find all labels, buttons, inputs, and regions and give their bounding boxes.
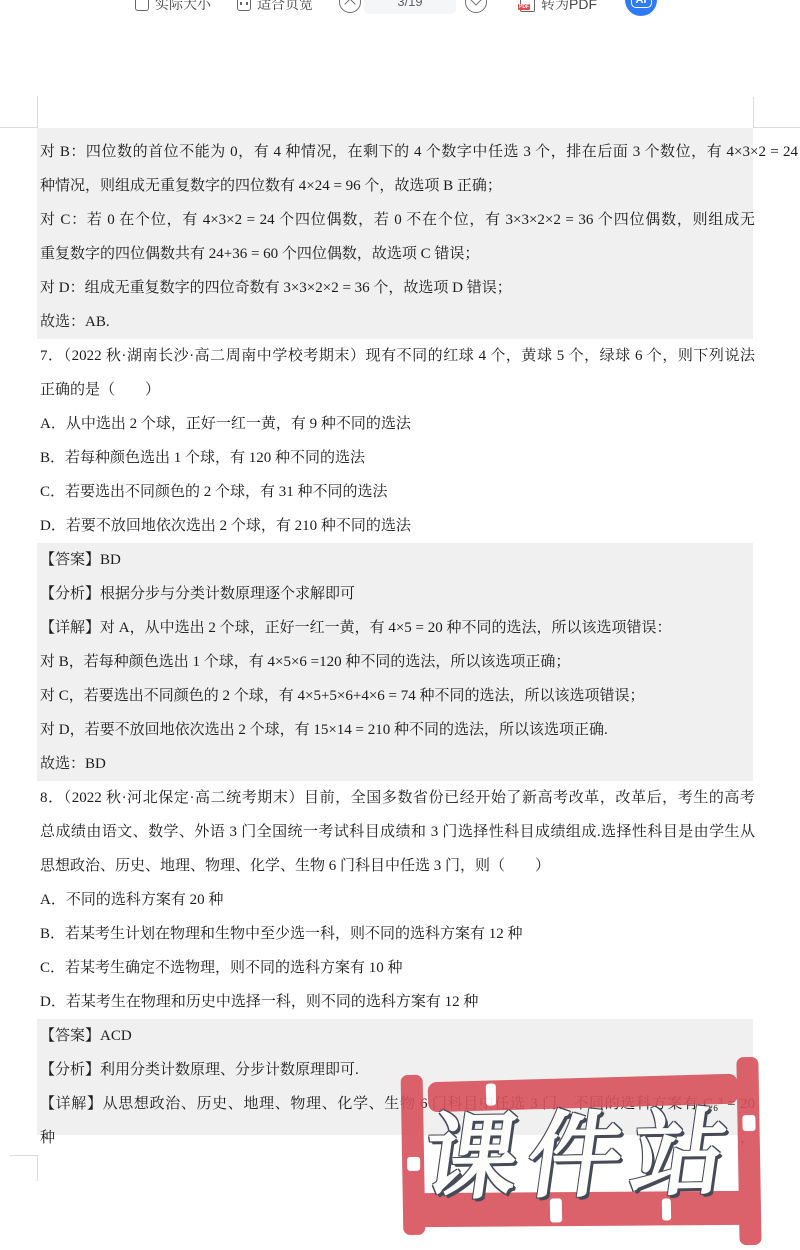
question-7-option-c: C．若要选出不同颜色的 2 个球，有 31 种不同的选法 (40, 475, 755, 509)
doc-line: 种情况，则组成无重复数字的四位数有 4×24 = 96 个，故选项 B 正确； (40, 169, 755, 203)
question-8-stem: 8．（2022 秋·河北保定·高二统考期末）目前，全国多数省份已经开始了新高考改… (40, 781, 755, 815)
viewer-toolbar: 实际大小 适合页宽 3/19 PDF 转为PDF AI (0, 0, 800, 16)
question-7-option-a: A．从中选出 2 个球，正好一红一黄，有 9 种不同的选法 (40, 407, 755, 441)
page-indicator-value: 3/19 (397, 0, 422, 9)
chevron-up-icon (344, 0, 355, 10)
explanation-line: 对 C，若要选出不同颜色的 2 个球，有 4×5+5×6+4×6 = 74 种不… (40, 679, 755, 713)
question-7-stem: 正确的是（ ） (40, 373, 755, 407)
page-top-left-edge (37, 96, 38, 128)
answer-line: 【答案】ACD (40, 1019, 755, 1053)
question-7: 7．（2022 秋·湖南长沙·高二周南中学校考期末）现有不同的红球 4 个，黄球… (37, 339, 753, 543)
fit-width-button[interactable]: 适合页宽 (237, 0, 313, 14)
fit-width-label: 适合页宽 (257, 0, 313, 14)
pdf-viewer: { "toolbar": { "actual_size_label": "实际大… (0, 0, 800, 1250)
explanation-line: 对 B，若每种颜色选出 1 个球，有 4×5×6 =120 种不同的选法，所以该… (40, 645, 755, 679)
stamp-notch (486, 1083, 496, 1105)
ai-icon: AI (631, 0, 652, 8)
actual-size-label: 实际大小 (155, 0, 211, 14)
question-7-option-d: D．若要不放回地依次选出 2 个球，有 210 种不同的选法 (40, 509, 755, 543)
question-8-option-b: B．若某考生计划在物理和生物中至少选一科，则不同的选科方案有 12 种 (40, 917, 755, 951)
fit-width-icon (237, 0, 251, 11)
doc-line: 对 C：若 0 在个位，有 4×3×2 = 24 个四位偶数，若 0 不在个位，… (40, 203, 755, 237)
chevron-down-icon (470, 0, 481, 6)
page-indicator[interactable]: 3/19 (364, 0, 456, 14)
question-8-option-d: D．若某考生在物理和历史中选择一科，则不同的选科方案有 12 种 (40, 985, 755, 1019)
actual-size-icon (135, 0, 149, 11)
question-8: 8．（2022 秋·河北保定·高二统考期末）目前，全国多数省份已经开始了新高考改… (37, 781, 753, 1019)
page-top-right-edge (753, 97, 754, 128)
question-7-option-b: B．若每种颜色选出 1 个球，有 120 种不同的选法 (40, 441, 755, 475)
convert-pdf-button[interactable]: PDF 转为PDF (520, 0, 597, 14)
answer-block-q7: 【答案】BD 【分析】根据分步与分类计数原理逐个求解即可 【详解】对 A，从中选… (37, 543, 753, 781)
actual-size-button[interactable]: 实际大小 (135, 0, 211, 14)
document-page: 对 B：四位数的首位不能为 0，有 4 种情况，在剩下的 4 个数字中任选 3 … (37, 128, 753, 1135)
explanation-line: 故选：BD (40, 747, 755, 781)
question-8-option-a: A．不同的选科方案有 20 种 (40, 883, 755, 917)
question-8-option-c: C．若某考生确定不选物理，则不同的选科方案有 10 种 (40, 951, 755, 985)
explanation-line: 对 D，若要不放回地依次选出 2 个球，有 15×14 = 210 种不同的选法… (40, 713, 755, 747)
pdf-file-icon: PDF (520, 0, 535, 12)
left-margin-divider (0, 127, 37, 128)
watermark-stamp: 课件站 (397, 1055, 762, 1250)
page-bottom-left-edge-v (37, 1155, 38, 1181)
answer-line: 【答案】BD (40, 543, 755, 577)
doc-line: 故选：AB. (40, 305, 755, 339)
doc-line: 对 B：四位数的首位不能为 0，有 4 种情况，在剩下的 4 个数字中任选 3 … (40, 135, 798, 169)
next-page-button[interactable] (465, 0, 487, 13)
question-8-stem: 思想政治、历史、地理、物理、化学、生物 6 门科目中任选 3 门，则（ ） (40, 849, 755, 883)
watermark-text: 课件站 (407, 1099, 752, 1215)
previous-page-button[interactable] (339, 0, 361, 13)
doc-line: 对 D：组成无重复数字的四位奇数有 3×3×2×2 = 36 个，故选项 D 错… (40, 271, 755, 305)
explanation-line: 【详解】对 A，从中选出 2 个球，正好一红一黄，有 4×5 = 20 种不同的… (40, 611, 755, 645)
pdf-badge: PDF (518, 4, 530, 10)
question-7-stem: 7．（2022 秋·湖南长沙·高二周南中学校考期末）现有不同的红球 4 个，黄球… (40, 339, 755, 373)
convert-pdf-label: 转为PDF (541, 0, 597, 14)
question-8-stem: 总成绩由语文、数学、外语 3 门全国统一考试科目成绩和 3 门选择性科目成绩组成… (40, 815, 755, 849)
page-bottom-left-edge-h (10, 1155, 37, 1156)
analysis-line: 【分析】根据分步与分类计数原理逐个求解即可 (40, 577, 755, 611)
answer-block-q6: 对 B：四位数的首位不能为 0，有 4 种情况，在剩下的 4 个数字中任选 3 … (37, 128, 753, 339)
doc-line: 重复数字的四位偶数共有 24+36 = 60 个四位偶数，故选项 C 错误； (40, 237, 755, 271)
right-margin-divider (753, 127, 800, 128)
ai-assistant-button[interactable]: AI (625, 0, 657, 16)
